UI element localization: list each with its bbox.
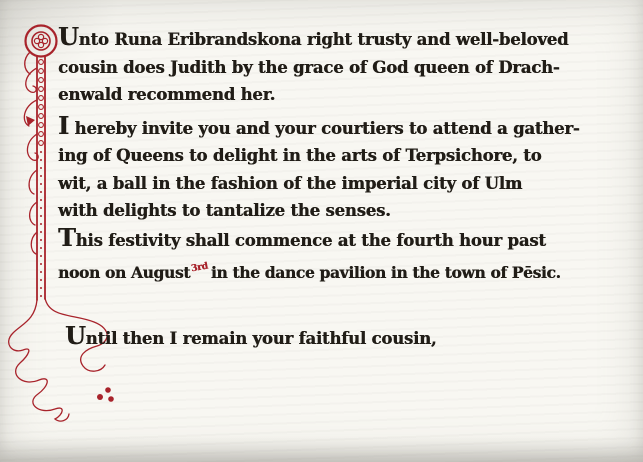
letter-line: cousin does Judith by the grace of God q… — [58, 54, 636, 82]
letter-line: with delights to tantalize the senses. — [58, 197, 636, 225]
letter-line-with-insertion: noon on August3rdin the dance pavilion i… — [58, 254, 636, 287]
closing-line: Until then I remain your faithful cousin… — [65, 323, 636, 353]
salutation-paragraph: Unto Runa Eribrandskona right trusty and… — [58, 24, 636, 109]
date-line-suffix: in the dance pavilion in the town of Pēs… — [211, 263, 561, 282]
letter-line: ing of Queens to delight in the arts of … — [58, 142, 636, 170]
scanned-letter-page: Unto Runa Eribrandskona right trusty and… — [0, 0, 643, 462]
letter-text: Unto Runa Eribrandskona right trusty and… — [58, 24, 636, 352]
letter-line: wit, a ball in the fashion of the imperi… — [58, 170, 636, 198]
date-line-prefix: noon on August — [58, 263, 190, 282]
letter-line: This festivity shall commence at the fou… — [58, 225, 636, 255]
event-details-paragraph: This festivity shall commence at the fou… — [58, 225, 636, 287]
letter-line: enwald recommend her. — [58, 81, 636, 109]
red-date-insertion: 3rd — [189, 253, 210, 283]
letter-line: Unto Runa Eribrandskona right trusty and… — [58, 24, 636, 54]
letter-line: I hereby invite you and your courtiers t… — [58, 113, 636, 143]
invitation-paragraph: I hereby invite you and your courtiers t… — [58, 113, 636, 225]
